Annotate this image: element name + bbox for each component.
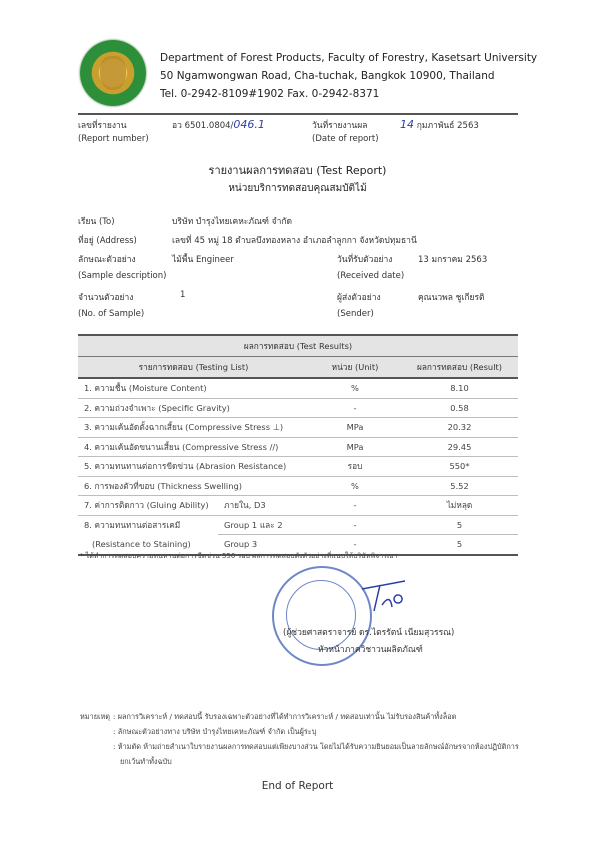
row-result: ไม่หลุด [401,496,518,516]
sender-label-en: (Sender) [337,309,374,319]
header-divider [78,113,518,115]
row-unit: - [309,496,401,516]
received-date-value: 13 มกราคม 2563 [418,252,487,266]
row-result: 0.58 [401,398,518,418]
row-item: 4. ความเค้นอัดขนานเสี้ยน (Compressive St… [78,437,309,457]
table-row: 3. ความเค้นอัดตั้งฉากเสี้ยน (Compressive… [78,418,518,438]
row-subitem: Group 1 และ 2 [218,515,309,535]
emblem-icon [100,56,126,90]
university-logo [80,40,146,106]
row-unit: - [309,515,401,535]
row-subitem: ภายใน, D3 [218,496,309,516]
table-row: 8. ความทนทานต่อสารเคมีGroup 1 และ 2-5 [78,515,518,535]
signatory-name: (ผู้ช่วยศาสตราจารย์ ดร.ไตรรัตน์ เนียมสุว… [283,625,454,639]
table-row: 6. การพองตัวที่ขอบ (Thickness Swelling)%… [78,476,518,496]
row-item: 7. ค่าการติดกาว (Gluing Ability) [78,496,218,516]
remark-line: : ห้ามตัด ห้ามถ่ายสำเนาใบรายงานผลการทดสอ… [113,742,519,753]
row-unit: % [309,378,401,398]
remark-line: : ผลการวิเคราะห์ / ทดสอบนี้ รับรองเฉพาะต… [113,712,456,723]
sample-desc-value: ไม้พื้น Engineer [172,252,234,266]
row-result: 5 [401,535,518,555]
end-of-report: End of Report [0,780,595,792]
report-number-handwritten: 046.1 [233,118,265,131]
test-results-table: ผลการทดสอบ (Test Results) รายการทดสอบ (T… [78,334,518,556]
col-header-unit: หน่วย (Unit) [309,357,401,379]
sender-value: คุณนวพล ชูเกียรติ [418,290,485,304]
row-result: 550* [401,457,518,477]
row-result: 29.45 [401,437,518,457]
report-number-label-en: (Report number) [78,134,149,144]
row-unit: MPa [309,437,401,457]
sender-label: ผู้ส่งตัวอย่าง [337,290,381,304]
row-item: 6. การพองตัวที่ขอบ (Thickness Swelling) [78,476,309,496]
report-number-label: เลขที่รายงาน [78,118,127,132]
address-value: เลขที่ 45 หมู่ 18 ตำบลบึงทองหลาง อำเภอลำ… [172,233,417,247]
org-address: 50 Ngamwongwan Road, Cha-tuchak, Bangkok… [160,70,495,82]
row-unit: - [309,398,401,418]
row-unit: รอบ [309,457,401,477]
row-item: 3. ความเค้นอัดตั้งฉากเสี้ยน (Compressive… [78,418,309,438]
report-number-prefix: อว 6501.0804/ [172,121,233,131]
received-date-label: วันที่รับตัวอย่าง [337,252,392,266]
table-row: 7. ค่าการติดกาว (Gluing Ability)ภายใน, D… [78,496,518,516]
report-date-value: 14 กุมภาพันธ์ 2563 [400,118,479,132]
row-result: 20.32 [401,418,518,438]
table-row: 1. ความชื้น (Moisture Content)%8.10 [78,378,518,398]
signature-icon [360,575,410,615]
stamp-emblem-icon [286,580,356,650]
row-result: 5.52 [401,476,518,496]
org-contact: Tel. 0-2942-8109#1902 Fax. 0-2942-8371 [160,88,379,100]
table-row: 5. ความทนทานต่อการขีดข่วน (Abrasion Resi… [78,457,518,477]
table-caption-row: ผลการทดสอบ (Test Results) [78,335,518,357]
table-header-row: รายการทดสอบ (Testing List) หน่วย (Unit) … [78,357,518,379]
row-unit: MPa [309,418,401,438]
remarks-label: หมายเหตุ [80,712,110,723]
table-row: 4. ความเค้นอัดขนานเสี้ยน (Compressive St… [78,437,518,457]
no-sample-label-en: (No. of Sample) [78,309,144,319]
signatory-position: หัวหน้าภาควิชาวนผลิตภัณฑ์ [318,642,423,656]
report-date-label: วันที่รายงานผล [312,118,367,132]
col-header-testing-list: รายการทดสอบ (Testing List) [78,357,309,379]
sample-desc-label-en: (Sample description) [78,271,166,281]
to-value: บริษัท บำรุงไทยเคหะภัณฑ์ จำกัด [172,214,292,228]
sample-desc-label: ลักษณะตัวอย่าง [78,252,136,266]
org-name: Department of Forest Products, Faculty o… [160,52,537,64]
received-date-label-en: (Received date) [337,271,404,281]
row-result: 8.10 [401,378,518,398]
report-date-month-year: กุมภาพันธ์ 2563 [417,121,479,131]
no-sample-value: 1 [180,290,185,300]
to-label: เรียน (To) [78,214,115,228]
table-caption: ผลการทดสอบ (Test Results) [78,335,518,357]
row-item: 2. ความถ่วงจำเพาะ (Specific Gravity) [78,398,309,418]
row-item: 8. ความทนทานต่อสารเคมี [78,515,218,535]
address-label: ที่อยู่ (Address) [78,233,137,247]
table-footnote: * ได้ทำการทดสอบความทนทานต่อการขีดข่วน 55… [80,551,397,562]
row-item: 5. ความทนทานต่อการขีดข่วน (Abrasion Resi… [78,457,309,477]
no-sample-label: จำนวนตัวอย่าง [78,290,133,304]
report-number-value: อว 6501.0804/046.1 [172,118,265,132]
row-unit: % [309,476,401,496]
col-header-result: ผลการทดสอบ (Result) [401,357,518,379]
row-item: 1. ความชื้น (Moisture Content) [78,378,309,398]
row-result: 5 [401,515,518,535]
page-subtitle: หน่วยบริการทดสอบคุณสมบัติไม้ [0,181,595,196]
report-date-label-en: (Date of report) [312,134,379,144]
report-date-day: 14 [400,118,414,131]
remark-line: ยกเว้นทำทั้งฉบับ [120,757,172,768]
page-title: รายงานผลการทดสอบ (Test Report) [0,161,595,179]
table-row: 2. ความถ่วงจำเพาะ (Specific Gravity)-0.5… [78,398,518,418]
remark-line: : ลักษณะตัวอย่างทาง บริษัท บำรุงไทยเคหะภ… [113,727,316,738]
